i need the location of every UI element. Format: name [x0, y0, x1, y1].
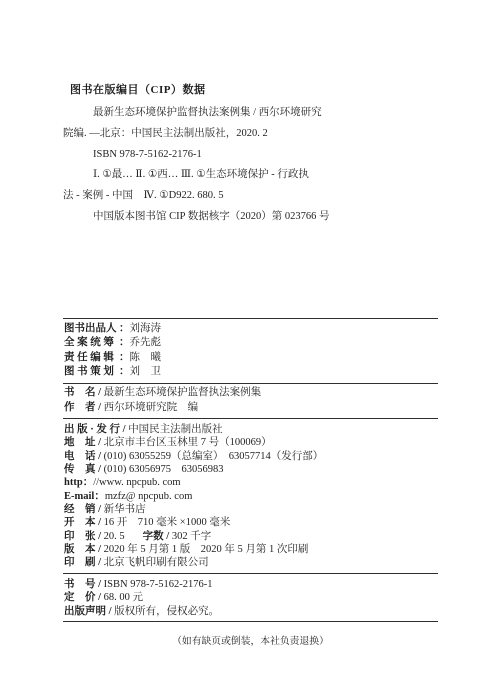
slash-separator: / — [96, 387, 104, 398]
printer-row: 印 刷 / 北京飞帆印刷有限公司 — [64, 556, 323, 569]
edition-row: 版 本 / 2020 年 5 月第 1 版 2020 年 5 月第 1 次印刷 — [64, 543, 323, 556]
slash-separator: / — [96, 504, 104, 515]
divider-rule-4 — [63, 573, 438, 574]
sheets-wordcount-row: 印 张 / 20. 5字数 / 302 千字 — [64, 530, 323, 543]
format-value: 16 开 710 毫米 ×1000 毫米 — [104, 517, 231, 528]
distributor-value: 新华书店 — [104, 504, 146, 515]
divider-rule-5 — [63, 621, 438, 622]
copyright-statement-label: 出版声明 — [64, 606, 106, 617]
format-row: 开 本 / 16 开 710 毫米 ×1000 毫米 — [64, 516, 323, 529]
address-value: 北京市丰台区玉林里 7 号（100069） — [104, 437, 272, 448]
isbn-price-block: 书 号 / ISBN 978-7-5162-2176-1 定 价 / 68. 0… — [64, 578, 219, 618]
website-label: http — [64, 477, 83, 488]
cip-record-number: 中国版本图书馆 CIP 数据核字（2020）第 023766 号 — [63, 207, 445, 228]
sheets-label: 印 张 — [64, 531, 96, 542]
colon-separator: ： — [94, 491, 105, 502]
edition-value: 2020 年 5 月第 1 版 2020 年 5 月第 1 次印刷 — [104, 544, 309, 555]
cip-line-classification-1: Ⅰ. ①最… Ⅱ. ①西… Ⅲ. ①生态环境保护 - 行政执 — [63, 165, 445, 186]
staff-row-coordinator: 全 案 统 筹：乔先彪 — [64, 336, 161, 350]
edition-label: 版 本 — [64, 544, 96, 555]
publisher-block: 出 版 · 发 行 / 中国民主法制出版社 地 址 / 北京市丰台区玉林里 7 … — [64, 423, 323, 570]
website-row: http：//www. npcpub. com — [64, 476, 323, 489]
divider-rule-1 — [63, 318, 438, 319]
email-label: E-mail — [64, 491, 94, 502]
slash-separator: / — [120, 424, 128, 435]
publisher-label: 出 版 · 发 行 — [64, 424, 120, 435]
publisher-row: 出 版 · 发 行 / 中国民主法制出版社 — [64, 423, 323, 436]
slash-separator: / — [96, 544, 104, 555]
slash-separator: / — [96, 437, 104, 448]
format-label: 开 本 — [64, 517, 96, 528]
colon-separator: ： — [83, 477, 94, 488]
staff-label: 图书出品人 — [64, 322, 119, 336]
staff-row-editor: 责 任 编 辑：陈 曦 — [64, 351, 161, 365]
publisher-value: 中国民主法制出版社 — [128, 424, 223, 435]
phone-row: 电 话 / (010) 63055259（总编室） 63057714（发行部） — [64, 450, 323, 463]
colon-separator: ： — [119, 352, 130, 363]
slash-separator: / — [96, 592, 104, 603]
cip-line-2: 院编. —北京：中国民主法制出版社，2020. 2 — [63, 124, 445, 145]
email-row: E-mail：mzfz@ npcpub. com — [64, 490, 323, 503]
slash-separator: / — [96, 531, 104, 542]
staff-value: 乔先彪 — [130, 337, 162, 348]
staff-label: 责 任 编 辑 — [64, 351, 119, 365]
cip-line-1: 最新生态环境保护监督执法案例集 / 西尔环境研究 — [63, 103, 445, 124]
divider-rule-3 — [63, 418, 438, 419]
divider-rule-2 — [63, 383, 438, 384]
isbn-row: 书 号 / ISBN 978-7-5162-2176-1 — [64, 578, 219, 591]
address-row: 地 址 / 北京市丰台区玉林里 7 号（100069） — [64, 436, 323, 449]
cip-line-isbn: ISBN 978-7-5162-2176-1 — [63, 145, 445, 166]
email-value: mzfz@ npcpub. com — [105, 491, 193, 502]
slash-separator: / — [96, 557, 104, 568]
colon-separator: ： — [119, 337, 130, 348]
slash-separator: / — [106, 606, 114, 617]
title-author-block: 书 名 / 最新生态环境保护监督执法案例集 作 者 / 西尔环境研究院 编 — [64, 386, 261, 415]
fax-value: (010) 63056975 63056983 — [104, 464, 224, 475]
staff-row-planner: 图 书 策 划：刘 卫 — [64, 365, 161, 379]
book-title-value: 最新生态环境保护监督执法案例集 — [104, 387, 262, 398]
price-value: 68. 00 元 — [104, 592, 143, 603]
slash-separator: / — [96, 579, 104, 590]
wordcount-label: 字数 — [143, 531, 164, 542]
wordcount-value: 302 千字 — [172, 531, 211, 542]
book-author-value: 西尔环境研究院 编 — [104, 402, 199, 413]
colon-separator: ： — [119, 366, 130, 377]
phone-label: 电 话 — [64, 451, 96, 462]
phone-value: (010) 63055259（总编室） 63057714（发行部） — [104, 451, 324, 462]
website-value: //www. npcpub. com — [93, 477, 180, 488]
staff-value: 刘 卫 — [130, 366, 162, 377]
cip-line-classification-2: 法 - 案例 - 中国 Ⅳ. ①D922. 680. 5 — [63, 186, 445, 207]
staff-value: 陈 曦 — [130, 352, 162, 363]
staff-label: 全 案 统 筹 — [64, 336, 119, 350]
staff-value: 刘海涛 — [130, 323, 162, 334]
isbn-value: ISBN 978-7-5162-2176-1 — [104, 579, 213, 590]
price-row: 定 价 / 68. 00 元 — [64, 591, 219, 604]
book-title-row: 书 名 / 最新生态环境保护监督执法案例集 — [64, 386, 261, 401]
copyright-statement-value: 版权所有，侵权必究。 — [114, 606, 219, 617]
printer-value: 北京飞帆印刷有限公司 — [104, 557, 209, 568]
fax-label: 传 真 — [64, 464, 96, 475]
book-author-row: 作 者 / 西尔环境研究院 编 — [64, 401, 261, 416]
isbn-label: 书 号 — [64, 579, 96, 590]
printer-label: 印 刷 — [64, 557, 96, 568]
distributor-label: 经 销 — [64, 504, 96, 515]
staff-row-producer: 图书出品人：刘海涛 — [64, 322, 161, 336]
cip-title: 图书在版编目（CIP）数据 — [70, 81, 445, 97]
address-label: 地 址 — [64, 437, 96, 448]
book-author-label: 作 者 — [64, 402, 96, 413]
cip-block: 图书在版编目（CIP）数据 最新生态环境保护监督执法案例集 / 西尔环境研究 院… — [63, 81, 445, 228]
slash-separator: / — [96, 517, 104, 528]
slash-separator: / — [96, 464, 104, 475]
defective-copy-note: （如有缺页或倒装，本社负责退换） — [63, 631, 438, 648]
staff-block: 图书出品人：刘海涛 全 案 统 筹：乔先彪 责 任 编 辑：陈 曦 图 书 策 … — [64, 322, 161, 380]
slash-separator: / — [96, 451, 104, 462]
slash-separator: / — [96, 402, 104, 413]
slash-separator: / — [164, 531, 172, 542]
price-label: 定 价 — [64, 592, 96, 603]
book-title-label: 书 名 — [64, 387, 96, 398]
book-copyright-page: 图书在版编目（CIP）数据 最新生态环境保护监督执法案例集 / 西尔环境研究 院… — [0, 0, 501, 700]
sheets-value: 20. 5 — [104, 531, 125, 542]
distributor-row: 经 销 / 新华书店 — [64, 503, 323, 516]
copyright-statement-row: 出版声明 / 版权所有，侵权必究。 — [64, 605, 219, 618]
fax-row: 传 真 / (010) 63056975 63056983 — [64, 463, 323, 476]
colon-separator: ： — [119, 323, 130, 334]
staff-label: 图 书 策 划 — [64, 365, 119, 379]
